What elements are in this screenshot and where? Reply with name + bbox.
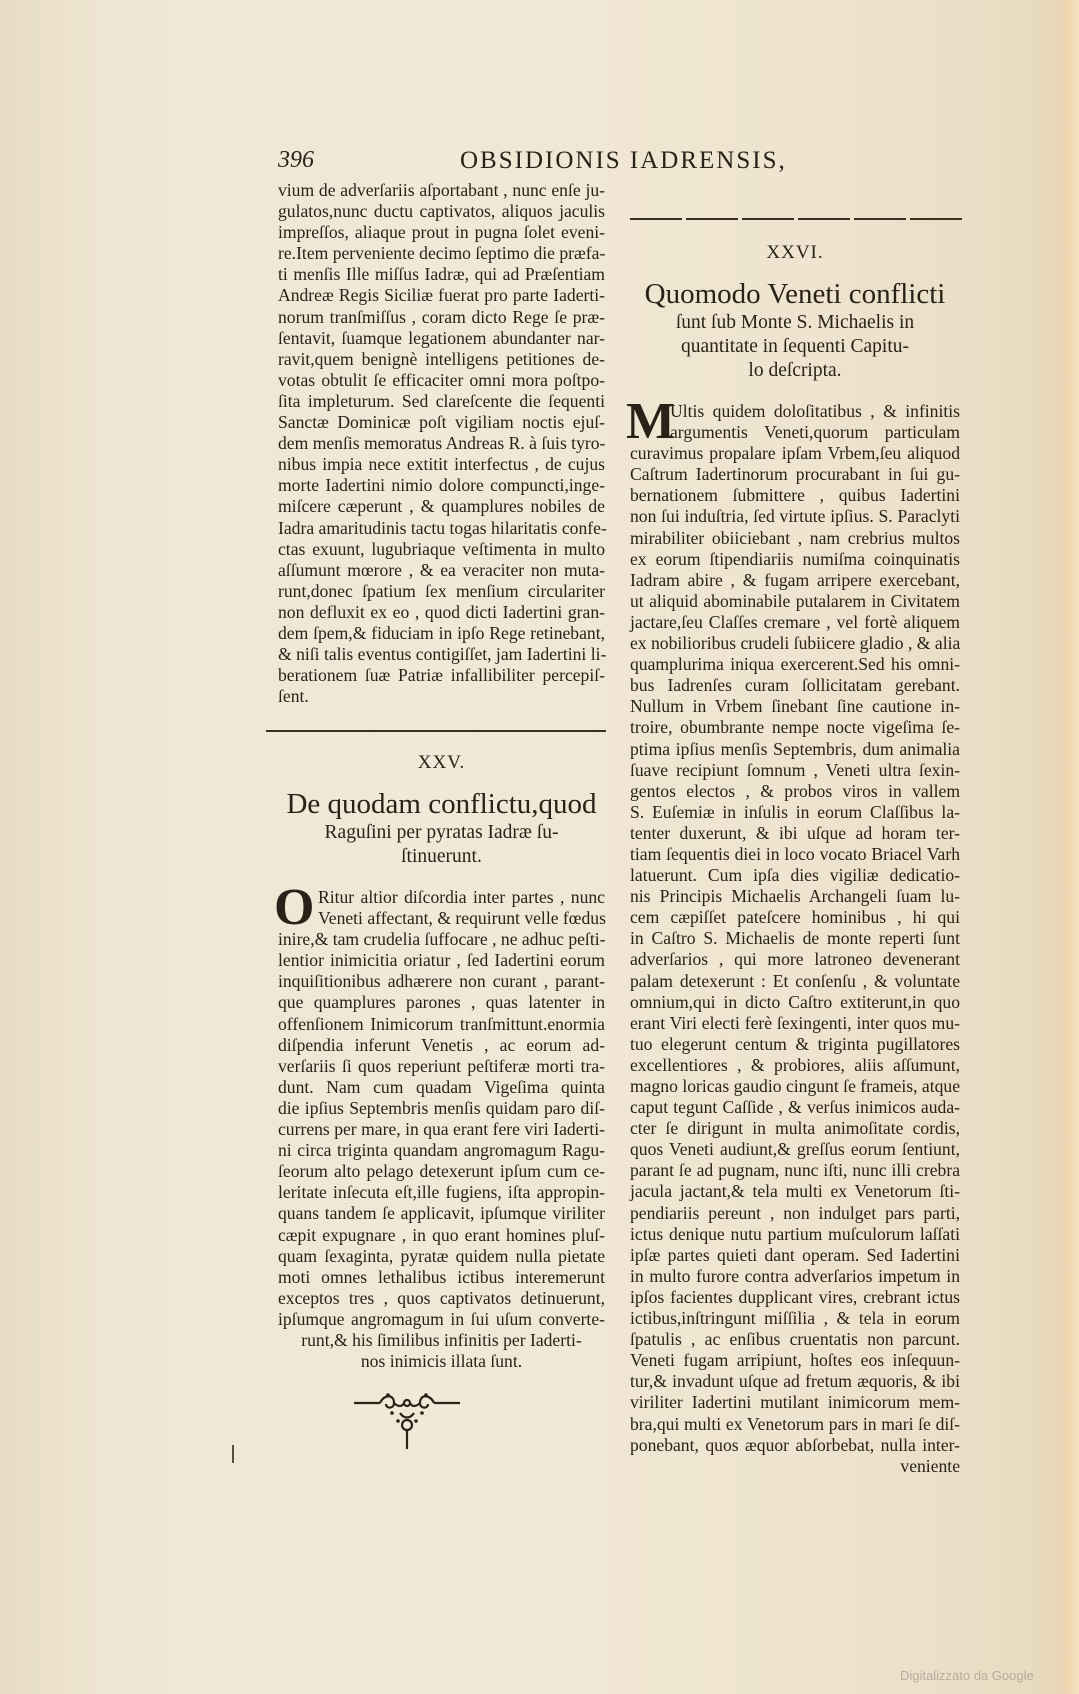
- text-line: cem cæpiſſet pateſcere hominibus , hi qu…: [630, 907, 960, 928]
- text-line: ipſos facientes dupplicant vires, crebra…: [630, 1287, 960, 1308]
- text-line: leritate inſecuta eſt,ille fugiens, iſta…: [278, 1182, 605, 1203]
- text-line: ipſumque angromagum in ſui uſum converte…: [278, 1309, 605, 1330]
- text-line: parant ſe ad pugnam, nunc iſti, nunc ill…: [630, 1160, 960, 1181]
- text-line: impreſſos, aliaque prout in pugna ſolet …: [278, 222, 605, 243]
- text-line: jactare,ſeu Claſſes cremare , vel fortè …: [630, 612, 960, 633]
- fleuron-ornament-icon: [352, 1391, 462, 1451]
- text-line: ſita impleturum. Sed clareſcente die ſeq…: [278, 391, 605, 412]
- text-line: cter ſe dirigunt in multa animoſitate co…: [630, 1118, 960, 1139]
- text-line: Iadra amaritudinis tactu togas hilaritat…: [278, 518, 605, 539]
- text-line: dem menſis memoratus Andreas R. à ſuis t…: [278, 433, 605, 454]
- chapter-subtitle-line: lo deſcripta.: [630, 359, 960, 383]
- text-line: offenſionem Inimicorum tranſmittunt.enor…: [278, 1014, 605, 1035]
- text-line: nos inimicis illata ſunt.: [278, 1351, 605, 1372]
- text-line: re.Item perveniente decimo ſeptimo die p…: [278, 243, 605, 264]
- text-line: nis Principis Michaelis Archangeli ſuam …: [630, 886, 960, 907]
- text-line: norum tranſmiſſus , coram dicto Rege ſe …: [278, 307, 605, 328]
- chapter-closing-lines: runt,& his ſimilibus infinitis per Iader…: [278, 1330, 605, 1372]
- section-divider-rule: [630, 218, 965, 220]
- text-line: Ritur altior diſcordia inter partes , nu…: [278, 887, 605, 908]
- text-line: adverſarios , qui more latroneo devenera…: [630, 949, 960, 970]
- text-line: ex nobilioribus crudeli ſubiicere gladio…: [630, 633, 960, 654]
- text-line: gentos electos , & probos viros in valle…: [630, 781, 960, 802]
- text-line: bra,qui multi ex Venetorum pars in mari …: [630, 1414, 960, 1435]
- text-line: non defluxit ex eo , quod dicti Iadertin…: [278, 602, 605, 623]
- text-line: ti menſis Ille miſſus Iadræ, qui ad Præſ…: [278, 264, 605, 285]
- text-line: moti omnes lethalibus ictibus interemeru…: [278, 1267, 605, 1288]
- text-line: quam ſexaginta, pyratæ quidem nulla piet…: [278, 1246, 605, 1267]
- text-line: pendiariis pereunt , non indulget pars p…: [630, 1203, 960, 1224]
- text-line: exceptos tres , quos captivatos detinuer…: [278, 1288, 605, 1309]
- text-line: bernationem ſubmittere , quibus Iadertin…: [630, 485, 960, 506]
- text-line: ſeorum alto pelago detexerunt ipſum cum …: [278, 1161, 605, 1182]
- text-line: caput tegunt Caſſide , & verſus inimicos…: [630, 1097, 960, 1118]
- chapter-number: XXV.: [278, 752, 605, 774]
- text-line: ipſæ partes quieti dant operam. Sed Iade…: [630, 1245, 960, 1266]
- catchword: veniente: [630, 1456, 960, 1477]
- text-line: non ſui induſtria, ſed virtute ipſius. S…: [630, 506, 960, 527]
- text-line: omnium,qui in dicto Caſtro extiterunt,in…: [630, 992, 960, 1013]
- text-line: in Caſtro S. Michaelis de monte reperti …: [630, 928, 960, 949]
- text-line: latuerunt. Cum ipſa dies vigiliæ dedicat…: [630, 865, 960, 886]
- text-line: ictus denique nutu partium muſculorum la…: [630, 1224, 960, 1245]
- text-line: palam detexerunt : Et conſenſu , & volun…: [630, 971, 960, 992]
- chapter-xxv: XXV. De quodam conflictu,quod Raguſini p…: [278, 752, 605, 1372]
- text-line: morte Iadertini nimio dolore compuncti,i…: [278, 475, 605, 496]
- text-line: Iadram abire , & fugam arripere exerceba…: [630, 570, 960, 591]
- text-line: tur,& invadunt uſque ad fretum æquoris, …: [630, 1371, 960, 1392]
- chapter-xxvi: XXVI. Quomodo Veneti conflicti ſunt ſub …: [630, 242, 960, 1477]
- text-line: erant Viri electi ferè ſexingenti, inter…: [630, 1013, 960, 1034]
- text-line: cæpit expugnare , in quo erant homines p…: [278, 1225, 605, 1246]
- text-line: ex eorum ſtipendiariis numiſma coinquina…: [630, 549, 960, 570]
- text-line: ni circa triginta quandam angromagum Rag…: [278, 1140, 605, 1161]
- chapter-subtitle-line: Raguſini per pyratas Iadræ ſu-: [278, 821, 605, 845]
- text-line: votas obtulit ſe efficaciter omni mora p…: [278, 370, 605, 391]
- text-line: ut aliquid abominabile putalarem in Civi…: [630, 591, 960, 612]
- text-line: in multo furore contra adverſarios impet…: [630, 1266, 960, 1287]
- text-line: inquiſitionibus adhærere non curant , pa…: [278, 971, 605, 992]
- margin-mark: [232, 1445, 234, 1463]
- text-line: tiam ſequentis diei in loco vocato Briac…: [630, 844, 960, 865]
- text-line: runt,& his ſimilibus infinitis per Iader…: [278, 1330, 605, 1351]
- text-line: ſpatulis , ac enſibus cruentatis non par…: [630, 1329, 960, 1350]
- text-line: runt,donec ſpatium ſex menſium circulari…: [278, 581, 605, 602]
- text-line: Veneti fugam arripiunt, hoſtes eos inſeq…: [630, 1350, 960, 1371]
- left-continuation-text: vium de adverſariis aſportabant , nunc e…: [278, 180, 605, 707]
- text-line: Caſtrum Iadertinorum procurabant in ſui …: [630, 464, 960, 485]
- chapter-number: XXVI.: [630, 242, 960, 264]
- text-line: gulatos,nunc ductu captivatos, aliquos j…: [278, 201, 605, 222]
- chapter-body: O Ritur altior diſcordia inter partes , …: [278, 887, 605, 1372]
- text-line: ſuave recipiunt ſomnum , Veneti ultra ſe…: [630, 760, 960, 781]
- text-line: aſſumunt mœrore , & ea veraciter non mut…: [278, 560, 605, 581]
- digitization-watermark: Digitalizzato da Google: [900, 1668, 1034, 1683]
- text-line: quamplurima iniqua exercerent.Sed his om…: [630, 654, 960, 675]
- chapter-body-lines: Ultis quidem doloſitatibus , & infinitis…: [630, 401, 960, 1456]
- text-line: die ipſius Septembris menſis quidam paro…: [278, 1098, 605, 1119]
- chapter-title: De quodam conflictu,quod: [278, 788, 605, 821]
- text-line: diſpendia inferunt Venetis , ac eorum ad…: [278, 1035, 605, 1056]
- text-line: vium de adverſariis aſportabant , nunc e…: [278, 180, 605, 201]
- text-line: & niſi talis eventus contigiſſet, jam Ia…: [278, 644, 605, 665]
- text-line: magno loricas gaudio cingunt ſe frameis,…: [630, 1076, 960, 1097]
- text-line: argumentis Veneti,quorum particulam: [630, 422, 960, 443]
- text-line: berationem ſuæ Patriæ infallibiliter per…: [278, 665, 605, 686]
- text-line: Veneti affectant, & requirunt velle fœdu…: [278, 908, 605, 929]
- page-number: 396: [278, 147, 314, 174]
- chapter-subtitle-line: ſunt ſub Monte S. Michaelis in: [630, 311, 960, 335]
- text-line: verſariis ſi quos reperiunt peſtiferæ mo…: [278, 1056, 605, 1077]
- text-line: ptima ipſius menſis Septembris, dum anim…: [630, 739, 960, 760]
- text-line: excellentiores , & probiores, aliis aſſu…: [630, 1055, 960, 1076]
- text-line: miſcere cæperunt , & quamplures nobiles …: [278, 496, 605, 517]
- text-line: ſent.: [278, 686, 605, 707]
- text-line: ictibus,inſtringunt miſſilia , & tela in…: [630, 1308, 960, 1329]
- text-line: nibus impia nece extitit interfectus , d…: [278, 454, 605, 475]
- text-line: tenter duxerunt, & ibi uſque ad horam te…: [630, 823, 960, 844]
- chapter-subtitle-line: quantitate in ſequenti Capitu-: [630, 335, 960, 359]
- text-line: jacula jactant,& tela multi ex Venetorum…: [630, 1181, 960, 1202]
- drop-cap: O: [274, 885, 314, 931]
- text-line: tuo elegerunt centum & triginta pugillat…: [630, 1034, 960, 1055]
- text-line: troire, obumbrante nempe nocte vigeſima …: [630, 717, 960, 738]
- text-line: lentior inimicitia oriatur , ſed Iaderti…: [278, 950, 605, 971]
- running-title: OBSIDIONIS IADRENSIS,: [460, 147, 787, 175]
- page-header: 396 OBSIDIONIS IADRENSIS,: [278, 147, 968, 179]
- text-line: S. Euſemiæ in inſulis in eorum Claſſibus…: [630, 802, 960, 823]
- chapter-body-lines: Ritur altior diſcordia inter partes , nu…: [278, 887, 605, 1330]
- text-line: viriliter Iadertini mutilant inimicorum …: [630, 1392, 960, 1413]
- left-column: vium de adverſariis aſportabant , nunc e…: [278, 180, 605, 707]
- text-line: Nullum in Vrbem ſinebant ſine cautione i…: [630, 696, 960, 717]
- drop-cap: M: [626, 399, 675, 445]
- text-line: Sanctæ Dominicæ poſt vigiliam noctis eju…: [278, 412, 605, 433]
- text-line: quans tandem ſe applicavit, ipſumque vir…: [278, 1203, 605, 1224]
- text-line: dem ſpem,& fiduciam in ipſo Rege retineb…: [278, 623, 605, 644]
- text-line: que quamplures parones , quas latenter i…: [278, 992, 605, 1013]
- text-line: currens per mare, in qua erant fere viri…: [278, 1119, 605, 1140]
- text-line: ravit,quem benignè intelligens petitione…: [278, 349, 605, 370]
- text-line: dunt. Nam cum quadam Vigeſima quinta: [278, 1077, 605, 1098]
- text-line: quos Veneti audiunt,& greſſus eorum ſent…: [630, 1139, 960, 1160]
- text-line: Andreæ Regis Siciliæ fuerat pro parte Ia…: [278, 285, 605, 306]
- text-line: ſentavit, ſuamque legationem abundanter …: [278, 328, 605, 349]
- text-line: ponebant, quos æquor abſorbebat, nulla i…: [630, 1435, 960, 1456]
- section-divider-rule: [266, 730, 606, 732]
- text-line: Ultis quidem doloſitatibus , & infinitis: [630, 401, 960, 422]
- text-line: curavimus propalare ipſam Vrbem,ſeu aliq…: [630, 443, 960, 464]
- text-line: ctas exuunt, lugubriaque veſtimenta in m…: [278, 539, 605, 560]
- text-line: bus Iadrenſes curam ſollicitatam gereban…: [630, 675, 960, 696]
- text-line: mirabiliter obiiciebant , nam crebrius m…: [630, 528, 960, 549]
- text-line: inire,& tam crudelia ſuffocare , ne adhu…: [278, 929, 605, 950]
- book-page: 396 OBSIDIONIS IADRENSIS, vium de adverſ…: [0, 0, 1079, 1694]
- chapter-subtitle-line: ſtinuerunt.: [278, 845, 605, 869]
- chapter-title: Quomodo Veneti conflicti: [630, 278, 960, 311]
- chapter-body: M Ultis quidem doloſitatibus , & infinit…: [630, 401, 960, 1477]
